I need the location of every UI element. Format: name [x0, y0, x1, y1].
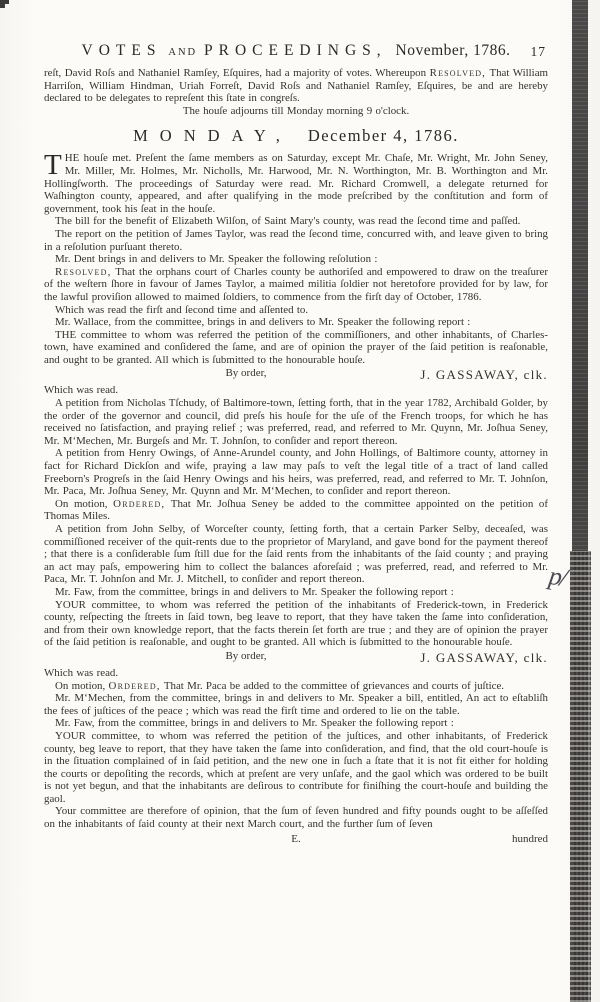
paragraph-paca-added: On motion, Ordered, That Mr. Paca be add… — [44, 680, 548, 693]
paragraph-mmechen-bill: Mr. M‘Mechen, from the committee, brings… — [44, 692, 548, 717]
paragraph-courthouse-report: YOUR committee, to whom was referred the… — [44, 730, 548, 806]
text-run: Mr. Faw, from the committee, brings in a… — [55, 586, 454, 598]
resolved-smallcaps: Resolved, — [430, 67, 487, 79]
paragraph-which-was-read-1: Which was read. — [44, 384, 548, 397]
text-run: YOUR committee, to whom was referred the… — [44, 599, 548, 649]
text-run: Mr. Dent brings in and delivers to Mr. S… — [55, 253, 377, 265]
paragraph-owings-petition: A petition from Henry Owings, of Anne-Ar… — [44, 447, 548, 497]
paragraph-seney-added: On motion, Ordered, That Mr. Joſhua Sene… — [44, 498, 548, 523]
heading-date: December 4, 1786. — [308, 126, 459, 145]
text-run: Mr. Faw, from the committee, brings in a… — [55, 717, 454, 729]
adjournment-line: The houſe adjourns till Monday morning 9… — [44, 105, 548, 118]
ordered-smallcaps: Ordered, — [109, 680, 161, 692]
paragraph-read-assented: Which was read the firſt and ſecond time… — [44, 304, 548, 317]
by-order-label: By order, — [225, 367, 266, 379]
margin-annotation: p/ — [547, 561, 568, 593]
text-run: That Mr. Paca be added to the committee … — [161, 680, 504, 692]
paragraph-faw-report-intro-2: Mr. Faw, from the committee, brings in a… — [44, 717, 548, 730]
text-run: Which was read. — [44, 667, 118, 679]
paragraph-election-result: reſt, David Roſs and Nathaniel Ramſey, E… — [44, 67, 548, 105]
text-run: That the orphans court of Charles county… — [44, 266, 548, 303]
paragraph-house-met: THE houſe met. Preſent the ſame members … — [44, 152, 548, 215]
text-run: The bill for the benefit of Elizabeth Wi… — [55, 215, 520, 227]
heading-day: MONDAY, — [133, 126, 292, 145]
running-header: VOTES and PROCEEDINGS, November, 1786. 1… — [44, 42, 548, 60]
text-run: A petition from Henry Owings, of Anne-Ar… — [44, 447, 548, 497]
text-run: THE committee to whom was referred the p… — [44, 329, 548, 366]
text-run: Mr. Wallace, from the committee, brings … — [55, 316, 470, 328]
paragraph-dent-resolution-intro: Mr. Dent brings in and delivers to Mr. S… — [44, 253, 548, 266]
attestation-line: By order, J. GASSAWAY, clk. — [44, 367, 548, 382]
text-run: On motion, — [55, 680, 109, 692]
text-run: YOUR committee, to whom was referred the… — [44, 730, 548, 805]
clerk-signature: J. GASSAWAY, clk. — [420, 367, 548, 383]
document-page: VOTES and PROCEEDINGS, November, 1786. 1… — [0, 0, 600, 1002]
paragraph-faw-report-intro-1: Mr. Faw, from the committee, brings in a… — [44, 586, 548, 599]
scan-corner-artifact — [0, 0, 9, 8]
header-date: November, 1786. — [396, 42, 511, 59]
by-order-label: By order, — [225, 650, 266, 662]
text-run: A petition from Nicholas Tſchudy, of Bal… — [44, 397, 548, 447]
paragraph-tschudy-petition: A petition from Nicholas Tſchudy, of Bal… — [44, 397, 548, 447]
header-title-and: and — [168, 47, 197, 58]
paragraph-taylor-report: The report on the petition of James Tayl… — [44, 228, 548, 253]
attestation-line: By order, J. GASSAWAY, clk. — [44, 650, 548, 665]
paragraph-selby-petition: A petition from John Selby, of Worceſter… — [44, 523, 548, 586]
clerk-signature: J. GASSAWAY, clk. — [420, 650, 548, 666]
catchword: hundred — [512, 833, 548, 845]
page-content: VOTES and PROCEEDINGS, November, 1786. 1… — [44, 42, 548, 848]
page-number: 17 — [531, 44, 547, 60]
text-run: A petition from John Selby, of Worceſter… — [44, 523, 548, 585]
paragraph-charlestown-report: THE committee to whom was referred the p… — [44, 329, 548, 367]
scan-edge-noise — [570, 551, 591, 1002]
paragraph-wallace-report-intro: Mr. Wallace, from the committee, brings … — [44, 316, 548, 329]
page-footer: E. hundred — [44, 833, 548, 848]
paragraph-wilson-bill: The bill for the benefit of Elizabeth Wi… — [44, 215, 548, 228]
signature-mark: E. — [291, 833, 300, 845]
text-run: Which was read the firſt and ſecond time… — [55, 304, 308, 316]
drop-cap-T: T — [44, 152, 65, 177]
paragraph-resolved-orphans-court: Resolved, That the orphans court of Char… — [44, 266, 548, 304]
paragraph-which-was-read-2: Which was read. — [44, 667, 548, 680]
ordered-smallcaps: Ordered, — [113, 498, 165, 510]
paragraph-fredericktown-report: YOUR committee, to whom was referred the… — [44, 599, 548, 649]
resolved-smallcaps: Resolved, — [55, 266, 112, 278]
text-run: On motion, — [55, 498, 113, 510]
text-run: The report on the petition of James Tayl… — [44, 228, 548, 253]
text-run: Which was read. — [44, 384, 118, 396]
header-title-proceedings: PROCEEDINGS, — [204, 42, 387, 59]
paragraph-assessment-opinion: Your committee are therefore of opinion,… — [44, 805, 548, 830]
text-run: Your committee are therefore of opinion,… — [44, 805, 548, 830]
text-run: Mr. M‘Mechen, from the committee, brings… — [44, 692, 548, 717]
header-title-votes: VOTES — [82, 42, 162, 59]
text-run: reſt, David Roſs and Nathaniel Ramſey, E… — [44, 67, 430, 79]
text-run: HE houſe met. Preſent the ſame members a… — [44, 152, 548, 214]
section-heading-monday: MONDAY,December 4, 1786. — [44, 126, 548, 146]
